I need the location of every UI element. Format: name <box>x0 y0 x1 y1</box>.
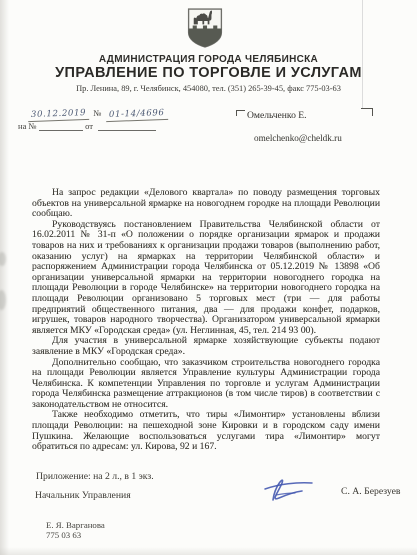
scan-bottom-edge-shade <box>0 547 417 555</box>
scan-smudge <box>0 252 6 266</box>
blank-underline <box>98 122 156 131</box>
paragraph: На запрос редакции «Делового квартала» п… <box>32 188 380 220</box>
addressee-name: Омельченко Е. <box>247 110 307 121</box>
reply-date-label: от <box>85 121 93 131</box>
addressee-corner-right-mark <box>361 108 373 116</box>
addressee-email: omelchenko@cheldk.ru <box>254 133 342 143</box>
executor-block: Е. Я. Варганова 775 03 63 <box>46 520 105 540</box>
executor-phone: 775 03 63 <box>46 530 105 540</box>
scan-smudge <box>0 290 6 310</box>
outgoing-date-handwritten: 30.12.2019 <box>28 108 90 122</box>
signature-scribble-icon <box>255 472 317 511</box>
coat-of-arms-icon <box>186 7 224 53</box>
incoming-reference-line: на № от <box>18 121 156 131</box>
signer-position: Начальник Управления <box>35 490 131 501</box>
paragraph: Для участия в универсальной ярмарке хозя… <box>32 336 380 357</box>
reply-number-label: на № <box>18 121 37 131</box>
letter-body: На запрос редакции «Делового квартала» п… <box>32 188 380 453</box>
executor-name: Е. Я. Варганова <box>46 520 105 530</box>
scanned-letter-page: АДМИНИСТРАЦИЯ ГОРОДА ЧЕЛЯБИНСКА УПРАВЛЕН… <box>0 0 417 555</box>
paragraph: Дополнительно сообщаю, что заказчиком ст… <box>32 358 380 411</box>
organization-name: АДМИНИСТРАЦИЯ ГОРОДА ЧЕЛЯБИНСКА <box>0 54 417 65</box>
number-label: № <box>93 108 101 118</box>
organization-address: Пр. Ленина, 89, г. Челябинск, 454080, те… <box>0 84 417 93</box>
outgoing-reference-line: 30.12.2019 № 01-14/4696 <box>28 108 167 121</box>
signer-name: С. А. Березуев <box>341 486 400 497</box>
outgoing-number-handwritten: 01-14/4696 <box>106 108 168 122</box>
addressee-corner-left-mark <box>236 110 245 116</box>
attachment-note: Приложение: на 2 л., в 1 экз. <box>36 471 154 482</box>
blank-underline <box>39 122 83 131</box>
paragraph: Также необходимо отметить, что тиры «Лим… <box>32 410 380 452</box>
paragraph: Руководствуясь постановлением Правительс… <box>32 220 380 337</box>
department-name: УПРАВЛЕНИЕ ПО ТОРГОВЛЕ И УСЛУГАМ <box>0 65 417 81</box>
